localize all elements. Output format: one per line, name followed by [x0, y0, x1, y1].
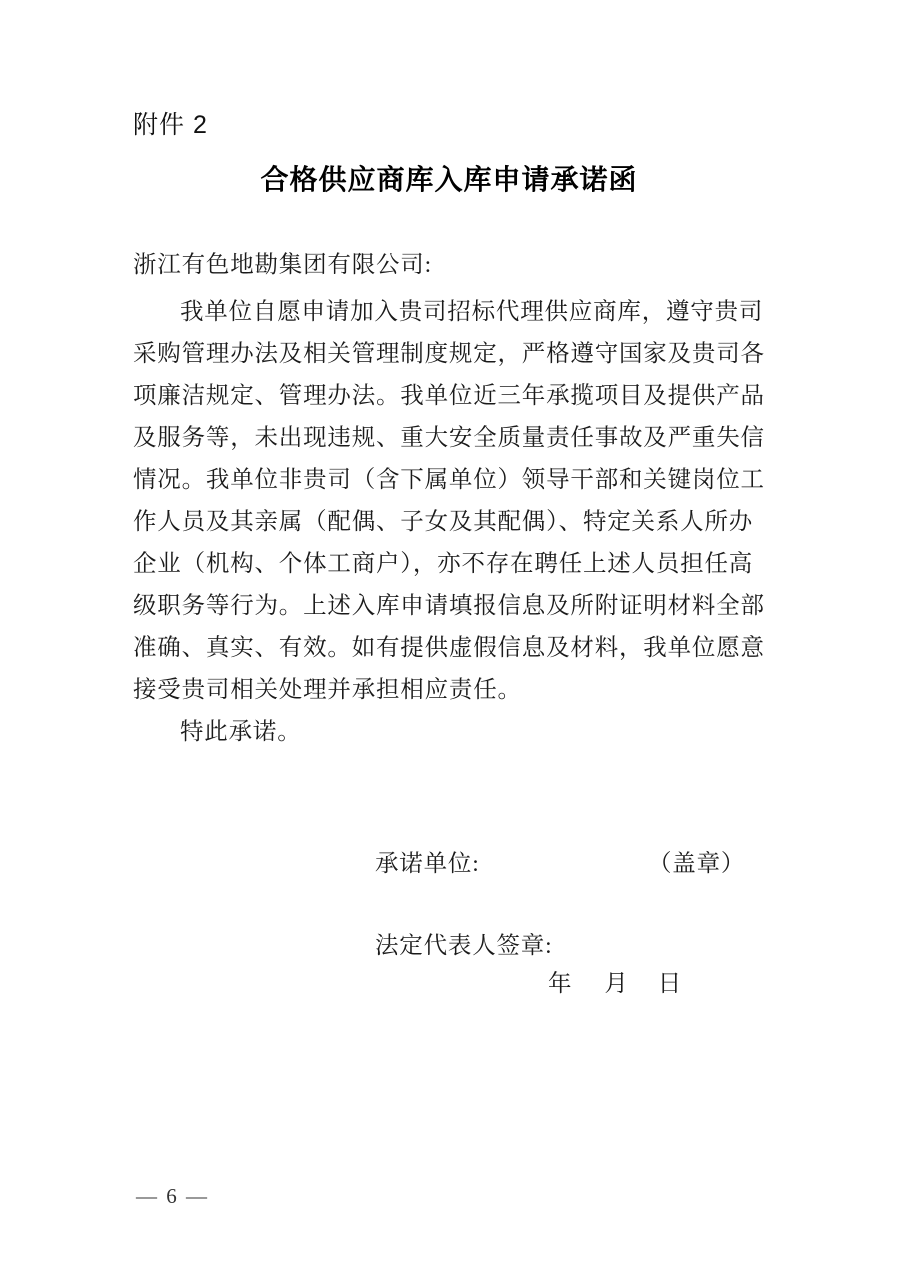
- body-line: 企业（机构、个体工商户），亦不存在聘任上述人员担任高: [133, 543, 767, 585]
- body-line: 采购管理办法及相关管理制度规定，严格遵守国家及贵司各: [133, 333, 767, 375]
- signature-unit-row: 承诺单位: （盖章）: [0, 848, 900, 880]
- legal-representative-label: 法定代表人签章:: [375, 930, 552, 962]
- date-month-label: 月: [604, 968, 628, 1000]
- document-page: 附件 2 合格供应商库入库申请承诺函 浙江有色地勘集团有限公司: 我单位自愿申请…: [0, 0, 900, 1273]
- date-day-label: 日: [658, 968, 682, 1000]
- signature-unit-label: 承诺单位:: [375, 848, 480, 880]
- body-line: 项廉洁规定、管理办法。我单位近三年承揽项目及提供产品: [133, 375, 767, 417]
- body-line: 作人员及其亲属（配偶、子女及其配偶）、特定关系人所办: [133, 501, 767, 543]
- salutation: 浙江有色地勘集团有限公司:: [133, 249, 432, 281]
- page-number: — 6 —: [136, 1183, 209, 1209]
- document-title: 合格供应商库入库申请承诺函: [133, 162, 765, 200]
- body-paragraph: 我单位自愿申请加入贵司招标代理供应商库，遵守贵司 采购管理办法及相关管理制度规定…: [133, 291, 767, 753]
- seal-label: （盖章）: [648, 848, 745, 880]
- date-line: 年 月 日: [548, 968, 681, 1000]
- body-line: 级职务等行为。上述入库申请填报信息及所附证明材料全部: [133, 585, 767, 627]
- attachment-label: 附件 2: [133, 110, 208, 140]
- body-line: 接受贵司相关处理并承担相应责任。: [133, 669, 767, 711]
- body-line: 情况。我单位非贵司（含下属单位）领导干部和关键岗位工: [133, 459, 767, 501]
- body-line: 及服务等，未出现违规、重大安全质量责任事故及严重失信: [133, 417, 767, 459]
- body-line-closing: 特此承诺。: [133, 711, 767, 753]
- body-line: 我单位自愿申请加入贵司招标代理供应商库，遵守贵司: [133, 291, 767, 333]
- date-year-label: 年: [548, 968, 572, 1000]
- body-line: 准确、真实、有效。如有提供虚假信息及材料，我单位愿意: [133, 627, 767, 669]
